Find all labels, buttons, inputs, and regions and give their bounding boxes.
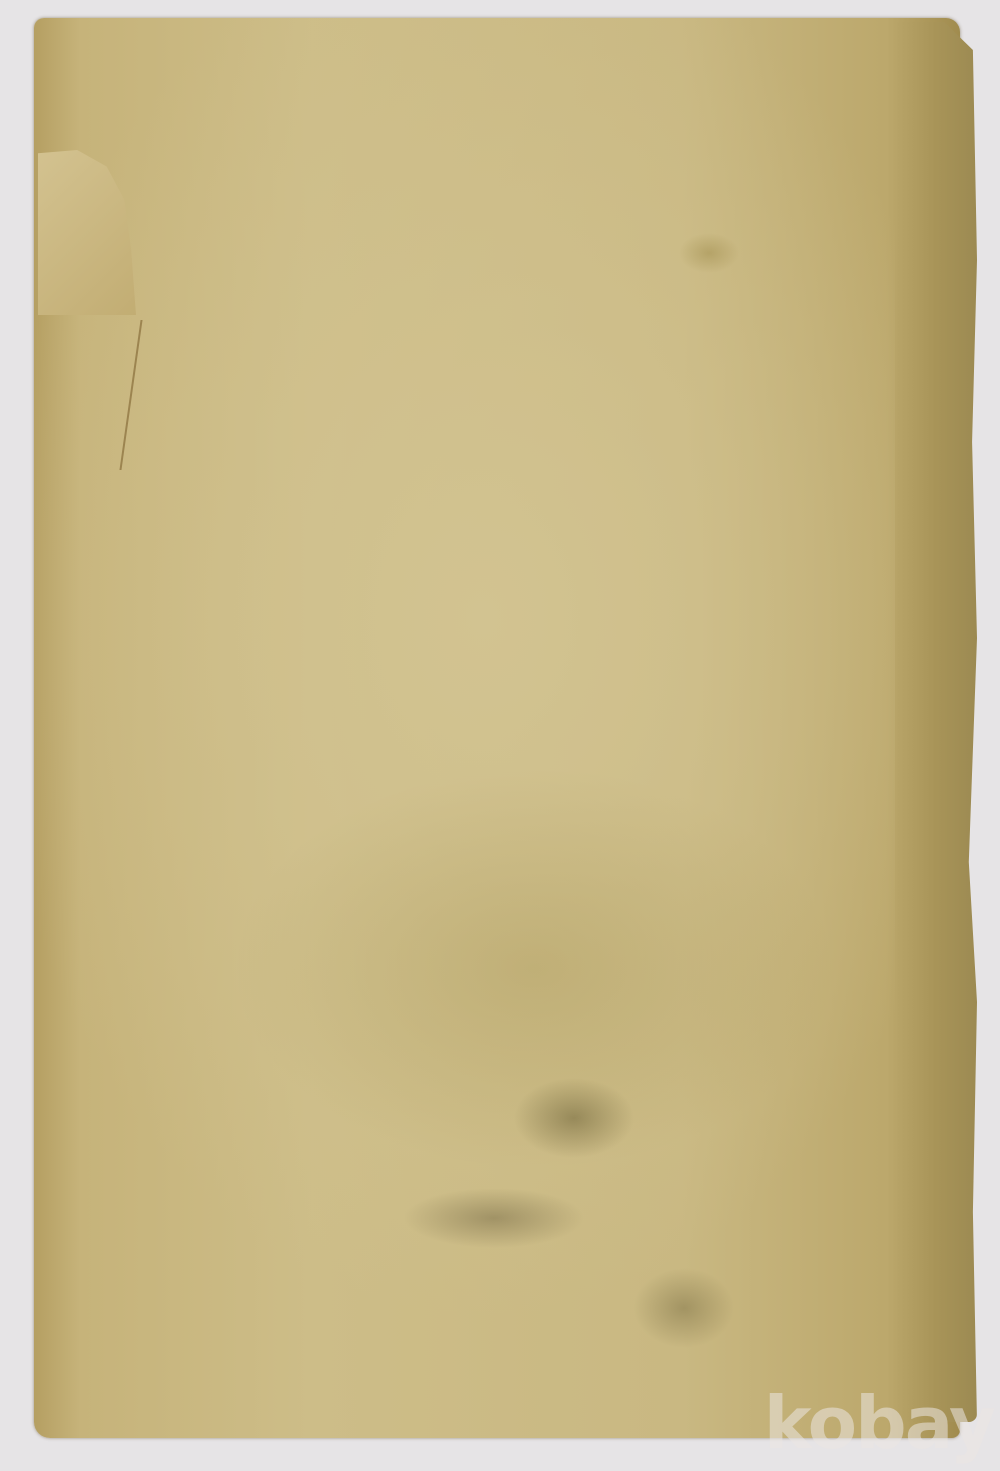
aged-paper-sheet — [34, 18, 960, 1438]
watermark: kobay — [764, 1381, 994, 1465]
paper-spine-strip — [895, 22, 977, 1422]
